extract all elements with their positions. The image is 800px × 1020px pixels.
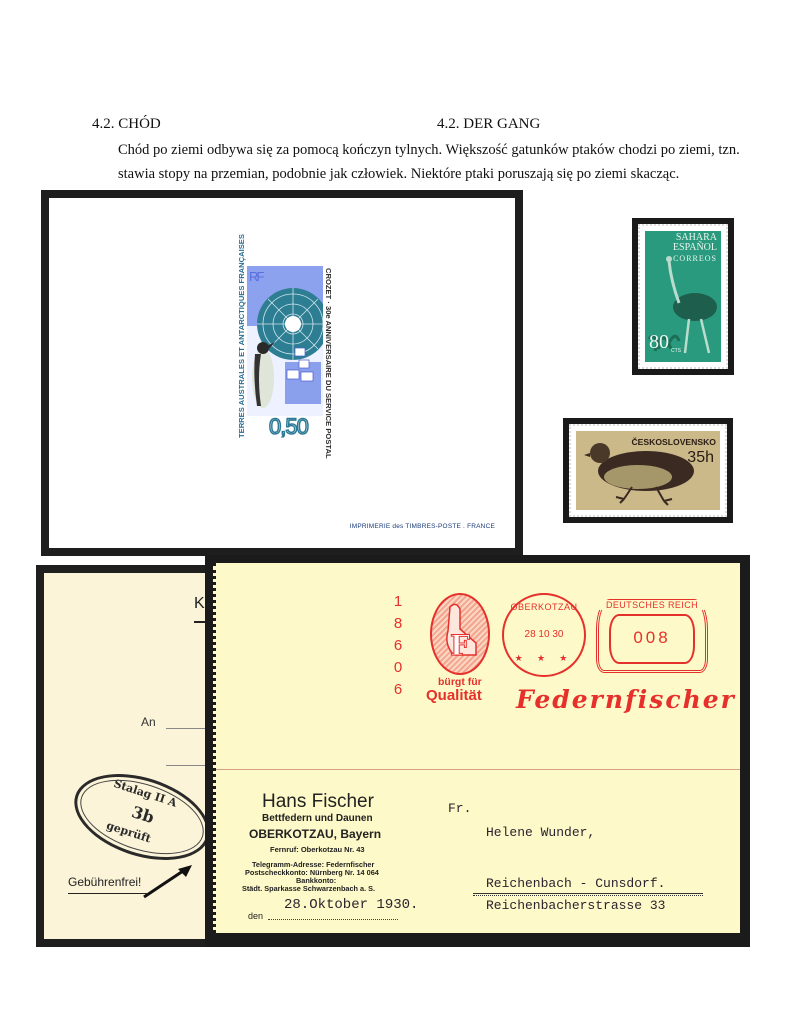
taaf-face-value: 0,50 xyxy=(269,414,308,440)
postage-free-label: Gebührenfrei! xyxy=(68,875,141,889)
sender-town: OBERKOTZAU, Bayern xyxy=(249,827,381,841)
paragraph-line-2: stawia stopy na przemian, podobnie jak c… xyxy=(118,166,679,183)
recipient-salutation: Fr. xyxy=(448,801,471,816)
postmark-date: 28 10 30 xyxy=(504,629,584,640)
sender-bank: Städt. Sparkasse Schwarzenbach a. S. xyxy=(242,884,375,893)
address-label: An xyxy=(141,715,156,729)
recipient-city: Reichenbach - Cunsdorf. xyxy=(486,876,665,891)
brand-name: Federnfischer xyxy=(516,685,736,714)
censor-line-2: 3b xyxy=(129,802,156,827)
goose-logo-icon: F xyxy=(430,593,490,675)
sahara-face-value: 80 xyxy=(649,331,669,354)
sahara-correos: CORREOS xyxy=(673,254,717,263)
censor-stamp: Stalag II A 3b geprüft xyxy=(63,758,220,875)
cssr-stamp: ČESKOSLOVENSKO 35h xyxy=(576,431,720,510)
recipient-street: Reichenbacherstrasse 33 xyxy=(486,898,665,913)
heading-german: 4.2. DER GANG xyxy=(437,116,540,133)
taaf-subject-text: CROZET · 30e ANNIVERSAIRE DU SERVICE POS… xyxy=(324,268,333,459)
meter-frank: DEUTSCHES REICH 008 xyxy=(596,599,708,673)
recipient-name: Helene Wunder, xyxy=(486,825,595,840)
proof-sheet: RF TERRES AUSTRALES ET ANTARCTIQUES FRAN… xyxy=(49,198,515,548)
penguin-globe-illustration xyxy=(247,266,323,416)
card-divider xyxy=(216,769,740,770)
label-rule xyxy=(68,893,148,894)
logo-letter-f: F xyxy=(450,629,470,662)
censor-line-3: geprüft xyxy=(105,819,153,846)
postmark-stars: ★ ★ ★ xyxy=(504,653,584,664)
sahara-stamp-mount: SAHARAESPAÑOL CORREOS 80 CTS xyxy=(632,218,734,375)
pow-header-letter: K xyxy=(194,595,205,613)
meter-value: 008 xyxy=(599,628,705,648)
rf-mark: RF xyxy=(249,269,262,284)
censor-line-1: Stalag II A xyxy=(112,777,178,810)
sender-phone: Fernruf: Oberkotzau Nr. 43 xyxy=(270,845,365,854)
postmark-town: OBERKOTZAU xyxy=(504,602,584,612)
stamp-perforation: ČESKOSLOVENSKO 35h xyxy=(569,424,727,517)
meter-country: DEUTSCHES REICH xyxy=(599,600,705,610)
address-rule xyxy=(473,893,703,896)
sender-trade: Bettfedern und Daunen xyxy=(262,813,373,824)
ad-slogan-line-2: Qualität xyxy=(426,687,482,704)
postmark: OBERKOTZAU 28 10 30 ★ ★ ★ xyxy=(502,593,586,677)
date-line xyxy=(268,919,398,920)
cssr-country: ČESKOSLOVENSKO xyxy=(631,437,716,447)
printer-imprint: IMPRIMERIE des TIMBRES-POSTE . FRANCE xyxy=(350,523,495,530)
postcard-mount: 1 8 6 0 6 F bürgt für Qualität OBERKOTZA… xyxy=(205,555,750,947)
heading-polish: 4.2. CHÓD xyxy=(92,116,161,133)
arrow-icon xyxy=(140,861,200,901)
postcard: 1 8 6 0 6 F bürgt für Qualität OBERKOTZA… xyxy=(213,563,740,933)
paragraph-line-1: Chód po ziemi odbywa się za pomocą kończ… xyxy=(118,142,740,159)
sender-name: Hans Fischer xyxy=(262,791,374,813)
meter-serial-number: 1 8 6 0 6 xyxy=(392,591,404,701)
taaf-country-text: TERRES AUSTRALES ET ANTARCTIQUES FRANÇAI… xyxy=(237,234,246,438)
cssr-face-value: 35h xyxy=(687,449,714,467)
date-label: den xyxy=(248,911,263,921)
taaf-stamp: RF TERRES AUSTRALES ET ANTARCTIQUES FRAN… xyxy=(235,266,335,438)
sahara-stamp: SAHARAESPAÑOL CORREOS 80 CTS xyxy=(645,231,721,362)
cssr-stamp-mount: ČESKOSLOVENSKO 35h xyxy=(563,418,733,523)
letter-date: 28.Oktober 1930. xyxy=(284,897,418,913)
proof-sheet-mount: RF TERRES AUSTRALES ET ANTARCTIQUES FRAN… xyxy=(41,190,523,556)
sahara-title: SAHARAESPAÑOL xyxy=(673,233,717,253)
sahara-unit: CTS xyxy=(671,348,681,354)
stamp-perforation: SAHARAESPAÑOL CORREOS 80 CTS xyxy=(638,224,728,369)
